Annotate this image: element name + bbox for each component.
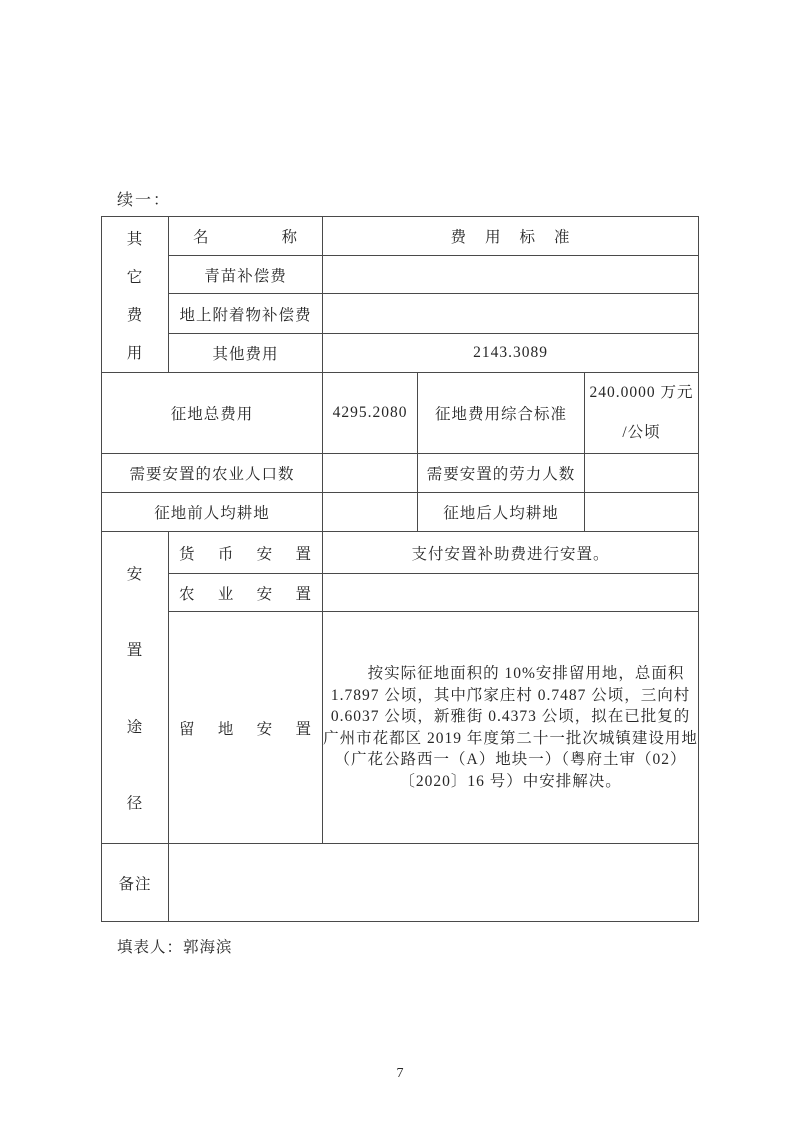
resettlement-char: 安 [127, 562, 144, 584]
reserved-land-paragraph: 按实际征地面积的 10%安排留用地，总面积 1.7897 公顷，其中邝家庄村 0… [323, 663, 698, 792]
agricultural-label-char: 农 [179, 582, 196, 604]
remarks-label: 备注 [102, 844, 169, 922]
table-row: 其他费用 2143.3089 [102, 334, 699, 373]
fee-label-other: 其他费用 [169, 334, 323, 373]
reserved-land-label-char: 留 [179, 717, 196, 739]
col-header-name: 名 称 [169, 217, 323, 256]
standard-value-line2: /公顷 [585, 413, 698, 453]
fee-value-other: 2143.3089 [323, 334, 699, 373]
reserved-land-label-char: 地 [218, 717, 235, 739]
standard-header-char: 费 [450, 225, 467, 247]
reserved-land-label-char: 安 [257, 717, 274, 739]
monetary-label-char: 货 [179, 542, 196, 564]
resettlement-vertical-header: 安 置 途 径 [102, 532, 169, 844]
labor-count-label: 需要安置的劳力人数 [418, 454, 585, 493]
table-row: 征地总费用 4295.2080 征地费用综合标准 240.0000 万元 /公顷 [102, 373, 699, 454]
agri-population-value [323, 454, 418, 493]
other-fees-vertical-header: 其 它 费 用 [102, 217, 169, 373]
fee-value-attachments [323, 294, 699, 334]
comprehensive-standard-value: 240.0000 万元 /公顷 [585, 373, 699, 454]
fee-label-seedling: 青苗补偿费 [169, 256, 323, 294]
other-fees-char: 其 [127, 227, 144, 249]
table-row: 备注 [102, 844, 699, 922]
labor-count-value [585, 454, 699, 493]
agricultural-label-char: 安 [257, 582, 274, 604]
resettlement-char: 径 [127, 791, 144, 813]
agricultural-label-char: 置 [295, 582, 312, 604]
standard-value-line1: 240.0000 万元 [585, 373, 698, 413]
table-row: 需要安置的农业人口数 需要安置的劳力人数 [102, 454, 699, 493]
table-row: 留 地 安 置 按实际征地面积的 10%安排留用地，总面积 1.7897 公顷，… [102, 612, 699, 844]
fee-value-seedling [323, 256, 699, 294]
table-row: 农 业 安 置 [102, 574, 699, 612]
total-fee-value: 4295.2080 [323, 373, 418, 454]
table-row: 征地前人均耕地 征地后人均耕地 [102, 493, 699, 532]
monetary-label-char: 币 [218, 542, 235, 564]
reserved-land-label-char: 置 [295, 717, 312, 739]
table-row: 其 它 费 用 名 称 费 用 标 准 [102, 217, 699, 256]
other-fees-char: 它 [127, 265, 144, 287]
table-row: 安 置 途 径 货 币 安 置 支付安置补助费进行安置。 [102, 532, 699, 574]
farmland-before-value [323, 493, 418, 532]
col-header-standard: 费 用 标 准 [323, 217, 699, 256]
resettlement-char: 途 [127, 715, 144, 737]
table-row: 地上附着物补偿费 [102, 294, 699, 334]
monetary-label-char: 安 [257, 542, 274, 564]
land-acquisition-fee-table: 其 它 费 用 名 称 费 用 标 准 [101, 216, 699, 922]
standard-header-char: 标 [520, 225, 537, 247]
monetary-resettlement-content: 支付安置补助费进行安置。 [323, 532, 699, 574]
standard-header-char: 用 [485, 225, 502, 247]
other-fees-char: 用 [127, 341, 144, 363]
name-header-char: 称 [282, 225, 299, 247]
monetary-resettlement-label: 货 币 安 置 [169, 532, 323, 574]
document-page: 续一： 其 它 费 用 名 称 费 [0, 0, 800, 1131]
farmland-before-label: 征地前人均耕地 [102, 493, 323, 532]
resettlement-char: 置 [127, 638, 144, 660]
farmland-after-label: 征地后人均耕地 [418, 493, 585, 532]
reserved-land-resettlement-content: 按实际征地面积的 10%安排留用地，总面积 1.7897 公顷，其中邝家庄村 0… [323, 612, 699, 844]
standard-header-char: 准 [554, 225, 571, 247]
agri-population-label: 需要安置的农业人口数 [102, 454, 323, 493]
continuation-label: 续一： [117, 187, 171, 210]
comprehensive-standard-label: 征地费用综合标准 [418, 373, 585, 454]
page-number: 7 [0, 1066, 800, 1082]
total-fee-label: 征地总费用 [102, 373, 323, 454]
monetary-label-char: 置 [295, 542, 312, 564]
agricultural-resettlement-content [323, 574, 699, 612]
other-fees-char: 费 [127, 303, 144, 325]
preparer-line: 填表人：郭海滨 [117, 935, 233, 957]
fee-label-attachments: 地上附着物补偿费 [169, 294, 323, 334]
reserved-land-resettlement-label: 留 地 安 置 [169, 612, 323, 844]
agricultural-resettlement-label: 农 业 安 置 [169, 574, 323, 612]
name-header-char: 名 [193, 225, 210, 247]
farmland-after-value [585, 493, 699, 532]
table-row: 青苗补偿费 [102, 256, 699, 294]
agricultural-label-char: 业 [218, 582, 235, 604]
remarks-content [169, 844, 699, 922]
